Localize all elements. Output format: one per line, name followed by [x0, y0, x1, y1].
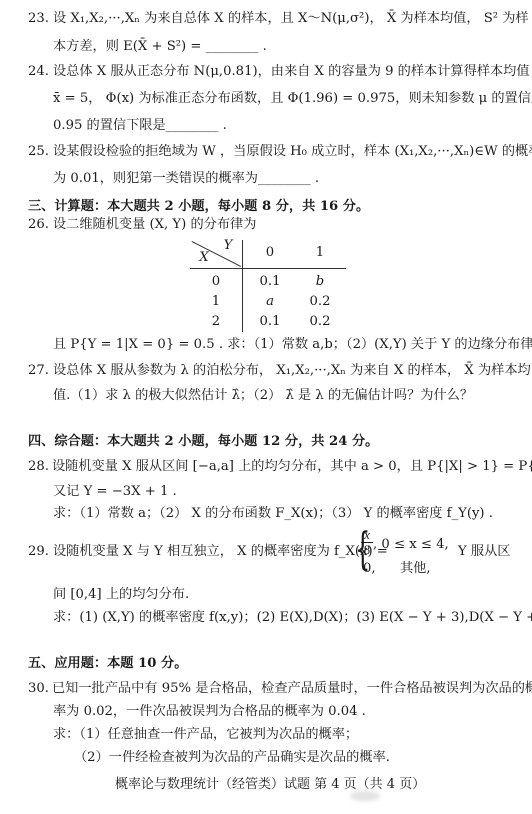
- table-cell: 0.1: [250, 273, 290, 291]
- section-5-heading: 五、应用题：本题 10 分。: [28, 655, 187, 673]
- question-28-line-1: 设随机变量 X 服从区间 [−a,a] 上的均匀分布，其中 a > 0，且 P{…: [52, 458, 532, 476]
- question-29-suffix: Y 服从区: [458, 543, 510, 561]
- question-25-line-1: 设某假设检验的拒绝域为 W ，当原假设 H₀ 成立时，样本 (X₁,X₂,···…: [53, 143, 532, 161]
- question-30-line-4: （2）一件经检查被判为次品的产品确实是次品的概率.: [74, 749, 390, 767]
- table-col-header: 0: [250, 244, 290, 262]
- question-28-line-2: 又记 Y = −3X + 1 .: [53, 483, 177, 501]
- question-29-prefix: 设随机变量 X 与 Y 相互独立， X 的概率密度为 f_X(x) =: [53, 543, 388, 561]
- question-27-line-2: 值.（1）求 λ 的极大似然估计 λ̂；（2） λ̂ 是 λ 的无偏估计吗？为什…: [53, 387, 473, 405]
- question-28-line-3: 求：（1）常数 a；（2） X 的分布函数 F_X(x)；（3） Y 的概率密度…: [53, 505, 493, 523]
- fraction-denominator: 8: [361, 543, 373, 557]
- question-27-line-1: 设总体 X 服从参数为 λ 的泊松分布， X₁,X₂,···,Xₙ 为来自 X …: [53, 362, 531, 380]
- question-30-line-1: 已知一批产品中有 95% 是合格品，检查产品质量时，一件合格品被误判为次品的概: [52, 680, 532, 698]
- page-footer: 概率论与数理统计（经管类）试题 第 4 页（共 4 页）: [115, 776, 425, 794]
- table-row-label: 1: [196, 293, 236, 311]
- question-27-number: 27.: [28, 362, 49, 380]
- table-cell: 0.2: [300, 313, 340, 331]
- question-25-number: 25.: [28, 143, 49, 161]
- question-28-number: 28.: [28, 458, 49, 476]
- question-24-number: 24.: [28, 63, 49, 81]
- question-23-number: 23.: [28, 10, 49, 28]
- table-col-header: 1: [300, 244, 340, 262]
- question-25-line-2: 为 0.01，则犯第一类错误的概率为________ .: [53, 170, 319, 188]
- question-24-line-1: 设总体 X 服从正态分布 N(μ,0.81)，由来自 X 的容量为 9 的样本计…: [53, 63, 530, 81]
- question-23-line-2: 本方差，则 E(X̄ + S²) = ________ .: [53, 38, 267, 56]
- question-24-line-2: x̄ = 5， Φ(x) 为标准正态分布函数，且 Φ(1.96) = 0.975…: [53, 90, 532, 108]
- table-cell: a: [250, 293, 290, 311]
- question-23-line-1: 设 X₁,X₂,···,Xₙ 为来自总体 X 的样本，且 X～N(μ,σ²)， …: [53, 10, 529, 28]
- question-30-number: 30.: [28, 680, 49, 698]
- table-row-variable: X: [184, 249, 224, 267]
- question-30-line-2: 率为 0.02，一件次品被误判为合格品的概率为 0.04 .: [53, 703, 366, 721]
- table-cell: 0.2: [300, 293, 340, 311]
- piecewise-case-1-condition: , 0 ≤ x ≤ 4,: [373, 536, 449, 554]
- piecewise-fraction: x 8: [361, 528, 373, 557]
- fraction-numerator: x: [361, 528, 373, 542]
- question-24-line-3: 0.95 的置信下限是________ .: [53, 117, 227, 135]
- distribution-table: Y X 0 1 0 0.1 b 1 a 0.2 2 0.1 0.2: [190, 240, 348, 332]
- question-26-number: 26.: [28, 216, 49, 234]
- scan-smudge: [350, 791, 380, 801]
- question-29-number: 29.: [28, 543, 49, 561]
- table-cell: 0.1: [250, 313, 290, 331]
- table-cell: b: [300, 273, 340, 291]
- section-3-heading: 三、计算题：本大题共 2 小题，每小题 8 分，共 16 分。: [28, 198, 369, 216]
- question-30-line-3: 求：（1）任意抽查一件产品，它被判为次品的概率；: [53, 726, 358, 744]
- table-row-label: 0: [196, 273, 236, 291]
- exam-page: 23. 设 X₁,X₂,···,Xₙ 为来自总体 X 的样本，且 X～N(μ,σ…: [0, 0, 532, 814]
- question-26-intro: 设二维随机变量 (X, Y) 的分布律为: [53, 216, 256, 234]
- piecewise-case-2-condition: 其他,: [400, 560, 431, 578]
- table-row-label: 2: [196, 313, 236, 331]
- table-header-rule: [190, 268, 346, 269]
- question-29-line-2: 间 [0,4] 上的均匀分布.: [53, 586, 189, 604]
- question-29-line-3: 求：(1) (X,Y) 的概率密度 f(x,y)；(2) E(X),D(X)；(…: [53, 609, 532, 627]
- section-4-heading: 四、综合题：本大题共 2 小题，每小题 12 分，共 24 分。: [28, 433, 378, 451]
- question-26-tail: 且 P{Y = 1|X = 0} = 0.5 . 求：（1）常数 a,b；（2）…: [53, 336, 532, 354]
- piecewise-case-2-value: 0,: [363, 560, 376, 578]
